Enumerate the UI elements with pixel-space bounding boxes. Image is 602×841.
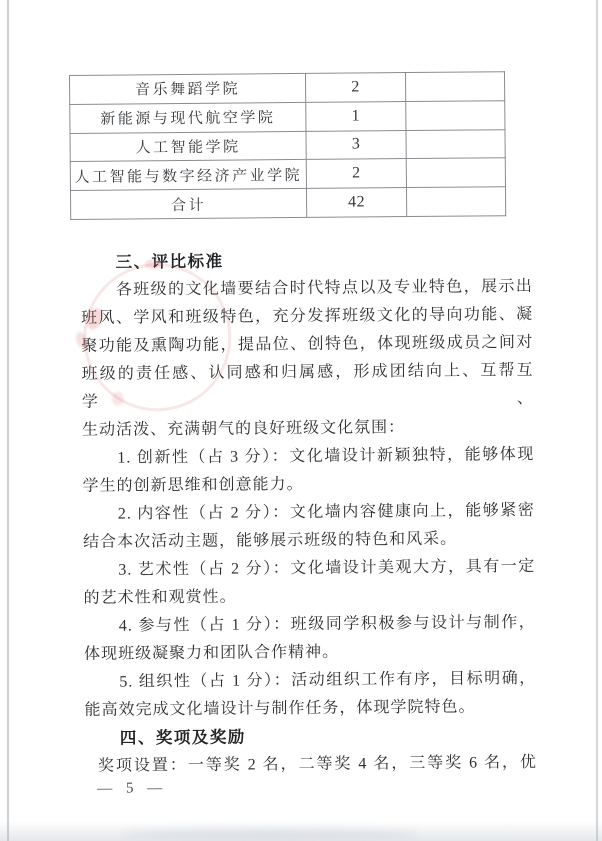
table-row: 人工智能学院 3: [70, 129, 505, 162]
table-row: 人工智能与数字经济产业学院 2: [70, 158, 505, 191]
quota-cell: 3: [306, 130, 406, 160]
seal-ink-mark: [112, 392, 124, 406]
college-name-cell: 人工智能与数字经济产业学院: [70, 160, 306, 191]
page-number: — 5 —: [97, 780, 167, 798]
table-total-row: 合计 42: [70, 187, 505, 220]
quota-cell: 2: [306, 159, 406, 189]
text-line-criterion-2: 2. 内容性（占 2 分）：文化墙内容健康向上，能够紧密: [83, 497, 535, 529]
scanned-document-page: 音乐舞蹈学院 2 新能源与现代航空学院 1 人工智能学院 3 人工智能与数字经济…: [0, 0, 602, 841]
text-line: 体现班级凝聚力和团队合作精神。: [84, 637, 536, 669]
note-cell: [406, 158, 505, 188]
text-line-criterion-1: 1. 创新性（占 3 分）：文化墙设计新颖独特，能够体现: [82, 441, 534, 473]
text-line: 能高效完成文化墙设计与制作任务，体现学院特色。: [84, 693, 536, 725]
note-cell: [406, 100, 505, 130]
note-cell: [405, 72, 504, 102]
text-line: 生动活泼、充满朝气的良好班级文化氛围：: [82, 413, 534, 445]
text-line-criterion-4: 4. 参与性（占 1 分）：班级同学积极参与设计与制作，: [84, 609, 536, 641]
text-line: 的艺术性和观赏性。: [83, 581, 535, 613]
text-line: 学生的创新思维和创意能力。: [82, 469, 534, 501]
quota-cell: 1: [306, 101, 406, 131]
allocation-table: 音乐舞蹈学院 2 新能源与现代航空学院 1 人工智能学院 3 人工智能与数字经济…: [69, 71, 506, 220]
quota-cell: 2: [305, 73, 405, 103]
document-content: 音乐舞蹈学院 2 新能源与现代航空学院 1 人工智能学院 3 人工智能与数字经济…: [0, 0, 602, 841]
college-name-cell: 音乐舞蹈学院: [69, 73, 305, 104]
note-cell: [406, 187, 505, 217]
table-row: 音乐舞蹈学院 2: [69, 72, 504, 105]
total-count-cell: 42: [306, 188, 406, 218]
red-seal-stamp: [83, 263, 232, 412]
section-heading-awards: 四、奖项及奖励: [85, 721, 537, 753]
text-line-criterion-3: 3. 艺术性（占 2 分）：文化墙设计美观大方，具有一定: [83, 553, 535, 585]
note-cell: [406, 129, 505, 159]
text-line-awards: 奖项设置：一等奖 2 名，二等奖 4 名，三等奖 6 名，优: [85, 749, 537, 781]
college-name-cell: 新能源与现代航空学院: [70, 102, 306, 133]
total-label-cell: 合计: [70, 189, 306, 220]
text-line-criterion-5: 5. 组织性（占 1 分）：活动组织工作有序，目标明确，: [84, 665, 536, 697]
college-name-cell: 人工智能学院: [70, 131, 306, 162]
text-line: 结合本次活动主题，能够展示班级的特色和风采。: [83, 525, 535, 557]
table-row: 新能源与现代航空学院 1: [70, 100, 505, 133]
